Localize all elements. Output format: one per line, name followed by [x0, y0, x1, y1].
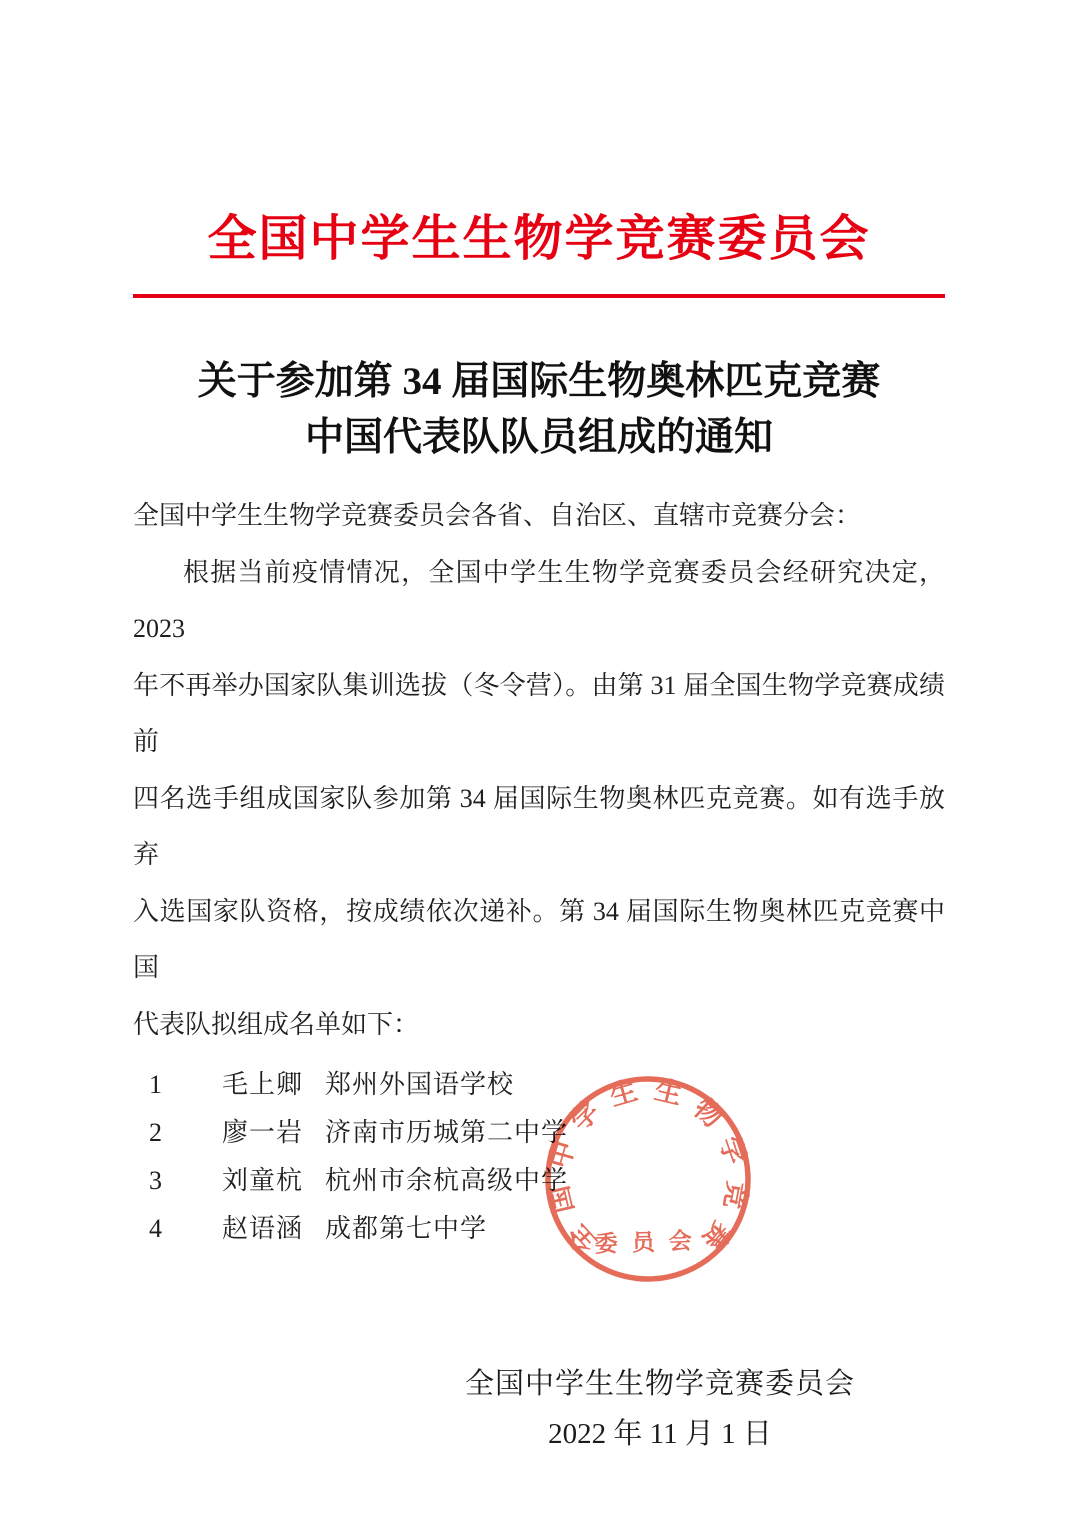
roster-row: 3 刘童杭 杭州市余杭高级中学: [133, 1157, 945, 1205]
signature-block: 全国中学生生物学竞赛委员会 2022 年 11 月 1 日: [430, 1363, 890, 1455]
signature-date: 2022 年 11 月 1 日: [430, 1413, 890, 1455]
notice-document-page: 全国中学生生物学竞赛委员会 关于参加第 34 届国际生物奥林匹克竞赛 中国代表队…: [0, 0, 1080, 1527]
document-title-line-2: 中国代表队队员组成的通知: [133, 410, 945, 466]
roster-school-name: 济南市历城第二中学: [325, 1109, 945, 1157]
roster-student-name: 廖一岩: [222, 1109, 325, 1157]
header-divider-rule: [133, 294, 945, 298]
roster-student-name: 赵语涵: [222, 1205, 325, 1253]
body-line: 四名选手组成国家队参加第 34 届国际生物奥林匹克竞赛。如有选手放弃: [133, 771, 945, 884]
roster-number: 2: [149, 1109, 222, 1157]
roster-row: 1 毛上卿 郑州外国语学校: [133, 1061, 945, 1109]
body-line: 根据当前疫情情况，全国中学生生物学竞赛委员会经研究决定，2023: [133, 545, 945, 658]
organization-header-title: 全国中学生生物学竞赛委员会: [133, 212, 945, 266]
roster-number: 4: [149, 1205, 222, 1253]
body-line: 年不再举办国家队集训选拔（冬令营）。由第 31 届全国生物学竞赛成绩前: [133, 658, 945, 771]
team-roster-list: 1 毛上卿 郑州外国语学校 2 廖一岩 济南市历城第二中学 3 刘童杭 杭州市余…: [133, 1061, 945, 1253]
roster-student-name: 刘童杭: [222, 1157, 325, 1205]
notice-body: 全国中学生生物学竞赛委员会各省、自治区、直辖市竞赛分会： 根据当前疫情情况，全国…: [133, 488, 945, 1053]
body-line: 代表队拟组成名单如下：: [133, 997, 945, 1054]
roster-school-name: 成都第七中学: [325, 1205, 945, 1253]
roster-row: 4 赵语涵 成都第七中学: [133, 1205, 945, 1253]
roster-number: 1: [149, 1061, 222, 1109]
document-title-line-1: 关于参加第 34 届国际生物奥林匹克竞赛: [133, 354, 945, 410]
roster-row: 2 廖一岩 济南市历城第二中学: [133, 1109, 945, 1157]
signature-organization: 全国中学生生物学竞赛委员会: [430, 1363, 890, 1405]
roster-student-name: 毛上卿: [222, 1061, 325, 1109]
roster-school-name: 郑州外国语学校: [325, 1061, 945, 1109]
roster-number: 3: [149, 1157, 222, 1205]
roster-school-name: 杭州市余杭高级中学: [325, 1157, 945, 1205]
salutation-line: 全国中学生生物学竞赛委员会各省、自治区、直辖市竞赛分会：: [133, 488, 945, 545]
body-line: 入选国家队资格，按成绩依次递补。第 34 届国际生物奥林匹克竞赛中国: [133, 884, 945, 997]
document-title: 关于参加第 34 届国际生物奥林匹克竞赛 中国代表队队员组成的通知: [133, 354, 945, 466]
